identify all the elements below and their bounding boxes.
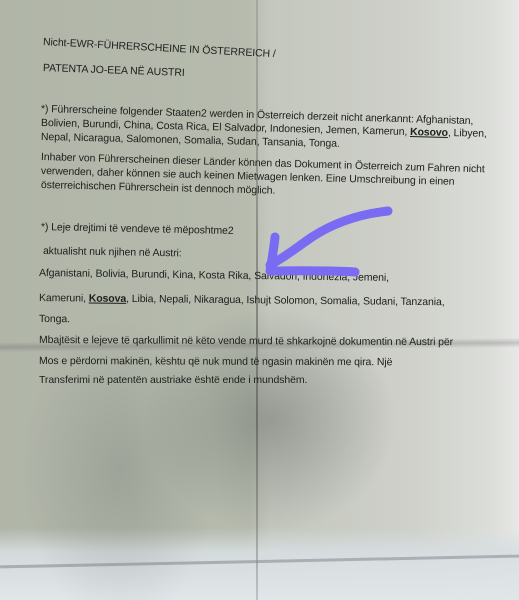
albanian-line-7: Mos e përdorni makinën, kështu që nuk mu…: [39, 355, 392, 368]
albanian-line-8: Transferimi në patentën austriake është …: [39, 374, 307, 386]
kosovo-underlined: Kosovo: [410, 126, 448, 139]
albanian-line-6: Mbajtësit e lejeve të qarkullimit në kët…: [39, 334, 453, 348]
kosova-underlined: Kosova: [89, 293, 126, 305]
albanian-line-2: aktualisht nuk njihen në Austri:: [43, 245, 182, 259]
albanian-line-5: Tonga.: [39, 313, 70, 325]
